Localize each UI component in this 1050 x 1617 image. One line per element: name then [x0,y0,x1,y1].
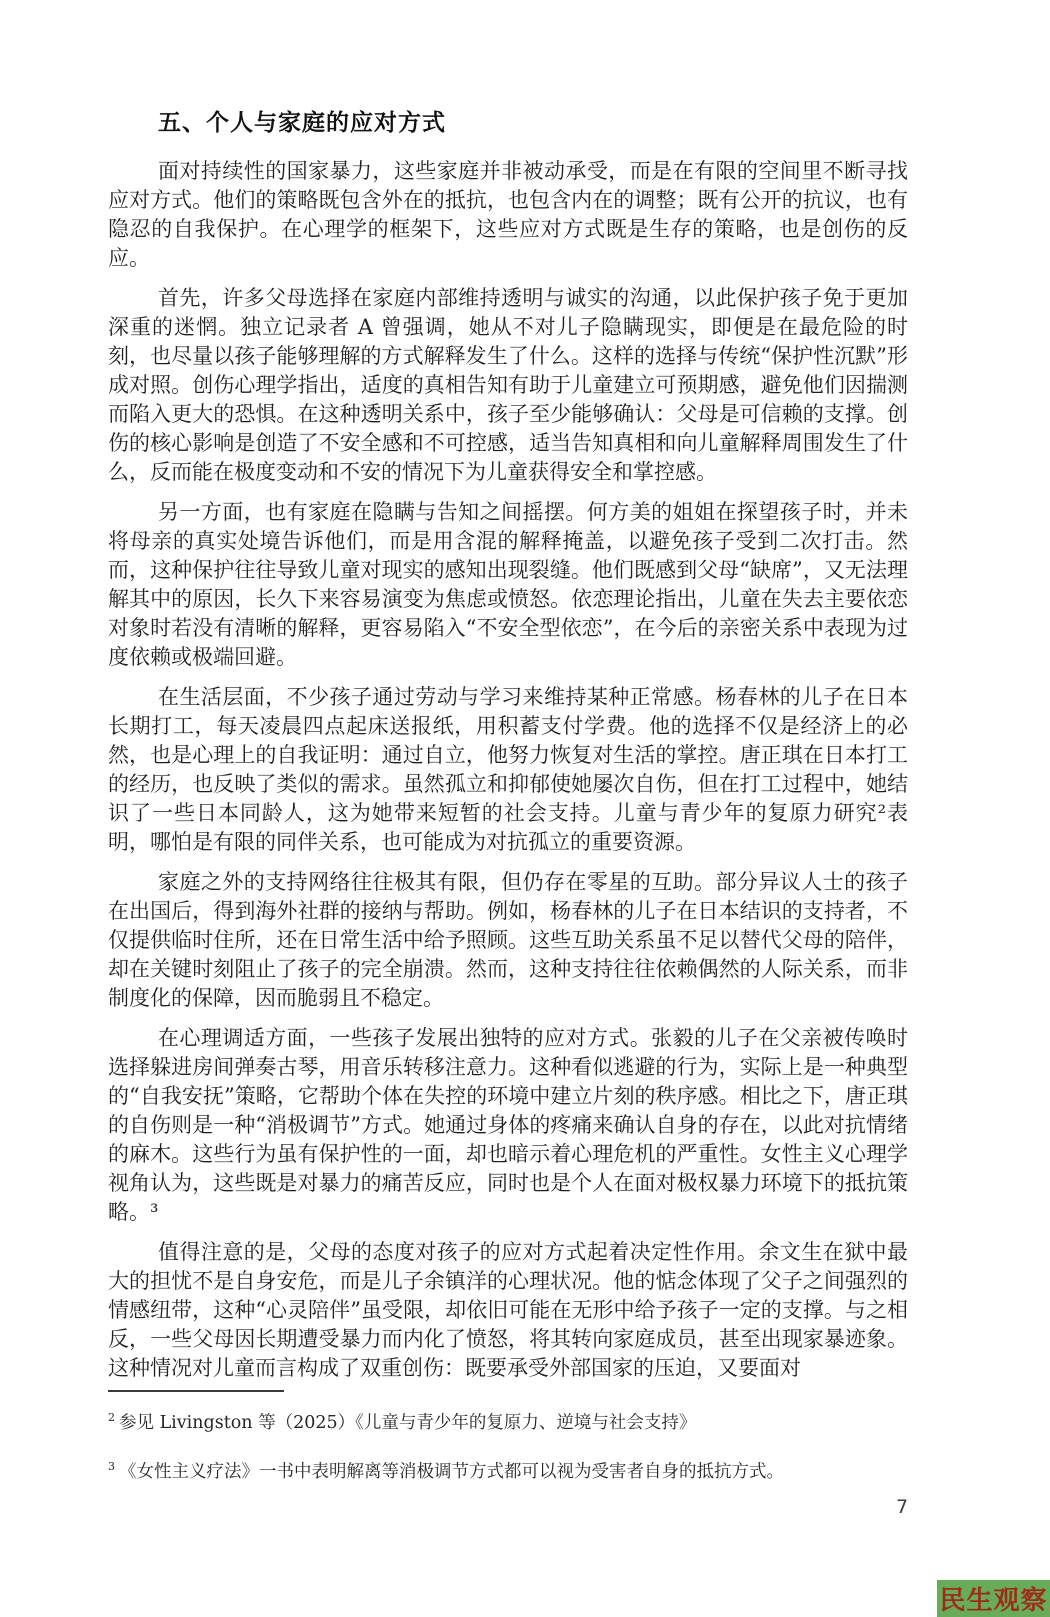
body-paragraph-3: 另一方面，也有家庭在隐瞒与告知之间摇摆。何方美的姐姐在探望孩子时，并未将母亲的真… [108,498,908,672]
footnotes-section: 2参见 Livingston 等（2025）《儿童与青少年的复原力、逆境与社会支… [108,1390,908,1510]
footnote-text-3: 《女性主义疗法》一书中表明解离等消极调节方式都可以视为受害者自身的抵抗方式。 [119,1462,784,1482]
document-page: 五、个人与家庭的应对方式 面对持续性的国家暴力，这些家庭并非被动承受，而是在有限… [0,0,1050,1617]
footnote-divider [108,1390,284,1392]
body-paragraph-4: 在生活层面，不少孩子通过劳动与学习来维持某种正常感。杨春林的儿子在日本长期打工，… [108,683,908,857]
body-paragraph-7: 值得注意的是，父母的态度对孩子的应对方式起着决定性作用。余文生在狱中最大的担忧不… [108,1238,908,1383]
footnote-2: 2参见 Livingston 等（2025）《儿童与青少年的复原力、逆境与社会支… [108,1412,908,1435]
document-body: 五、个人与家庭的应对方式 面对持续性的国家暴力，这些家庭并非被动承受，而是在有限… [108,104,908,1383]
footnote-marker-2: 2 [108,1411,115,1424]
section-heading: 五、个人与家庭的应对方式 [108,104,908,137]
footnote-text-2: 参见 Livingston 等（2025）《儿童与青少年的复原力、逆境与社会支持… [119,1413,696,1433]
watermark-badge: 民生观察 [937,1580,1050,1617]
body-paragraph-5: 家庭之外的支持网络往往极其有限，但仍存在零星的互助。部分异议人士的孩子在出国后，… [108,868,908,1013]
footnote-3: 3《女性主义疗法》一书中表明解离等消极调节方式都可以视为受害者自身的抵抗方式。 [108,1461,908,1484]
body-paragraph-1: 面对持续性的国家暴力，这些家庭并非被动承受，而是在有限的空间里不断寻找应对方式。… [108,157,908,273]
footnote-marker-3: 3 [108,1460,115,1473]
page-number: 7 [896,1496,908,1518]
body-paragraph-2: 首先，许多父母选择在家庭内部维持透明与诚实的沟通，以此保护孩子免于更加深重的迷惘… [108,284,908,487]
body-paragraph-6: 在心理调适方面，一些孩子发展出独特的应对方式。张毅的儿子在父亲被传唤时选择躲进房… [108,1024,908,1227]
